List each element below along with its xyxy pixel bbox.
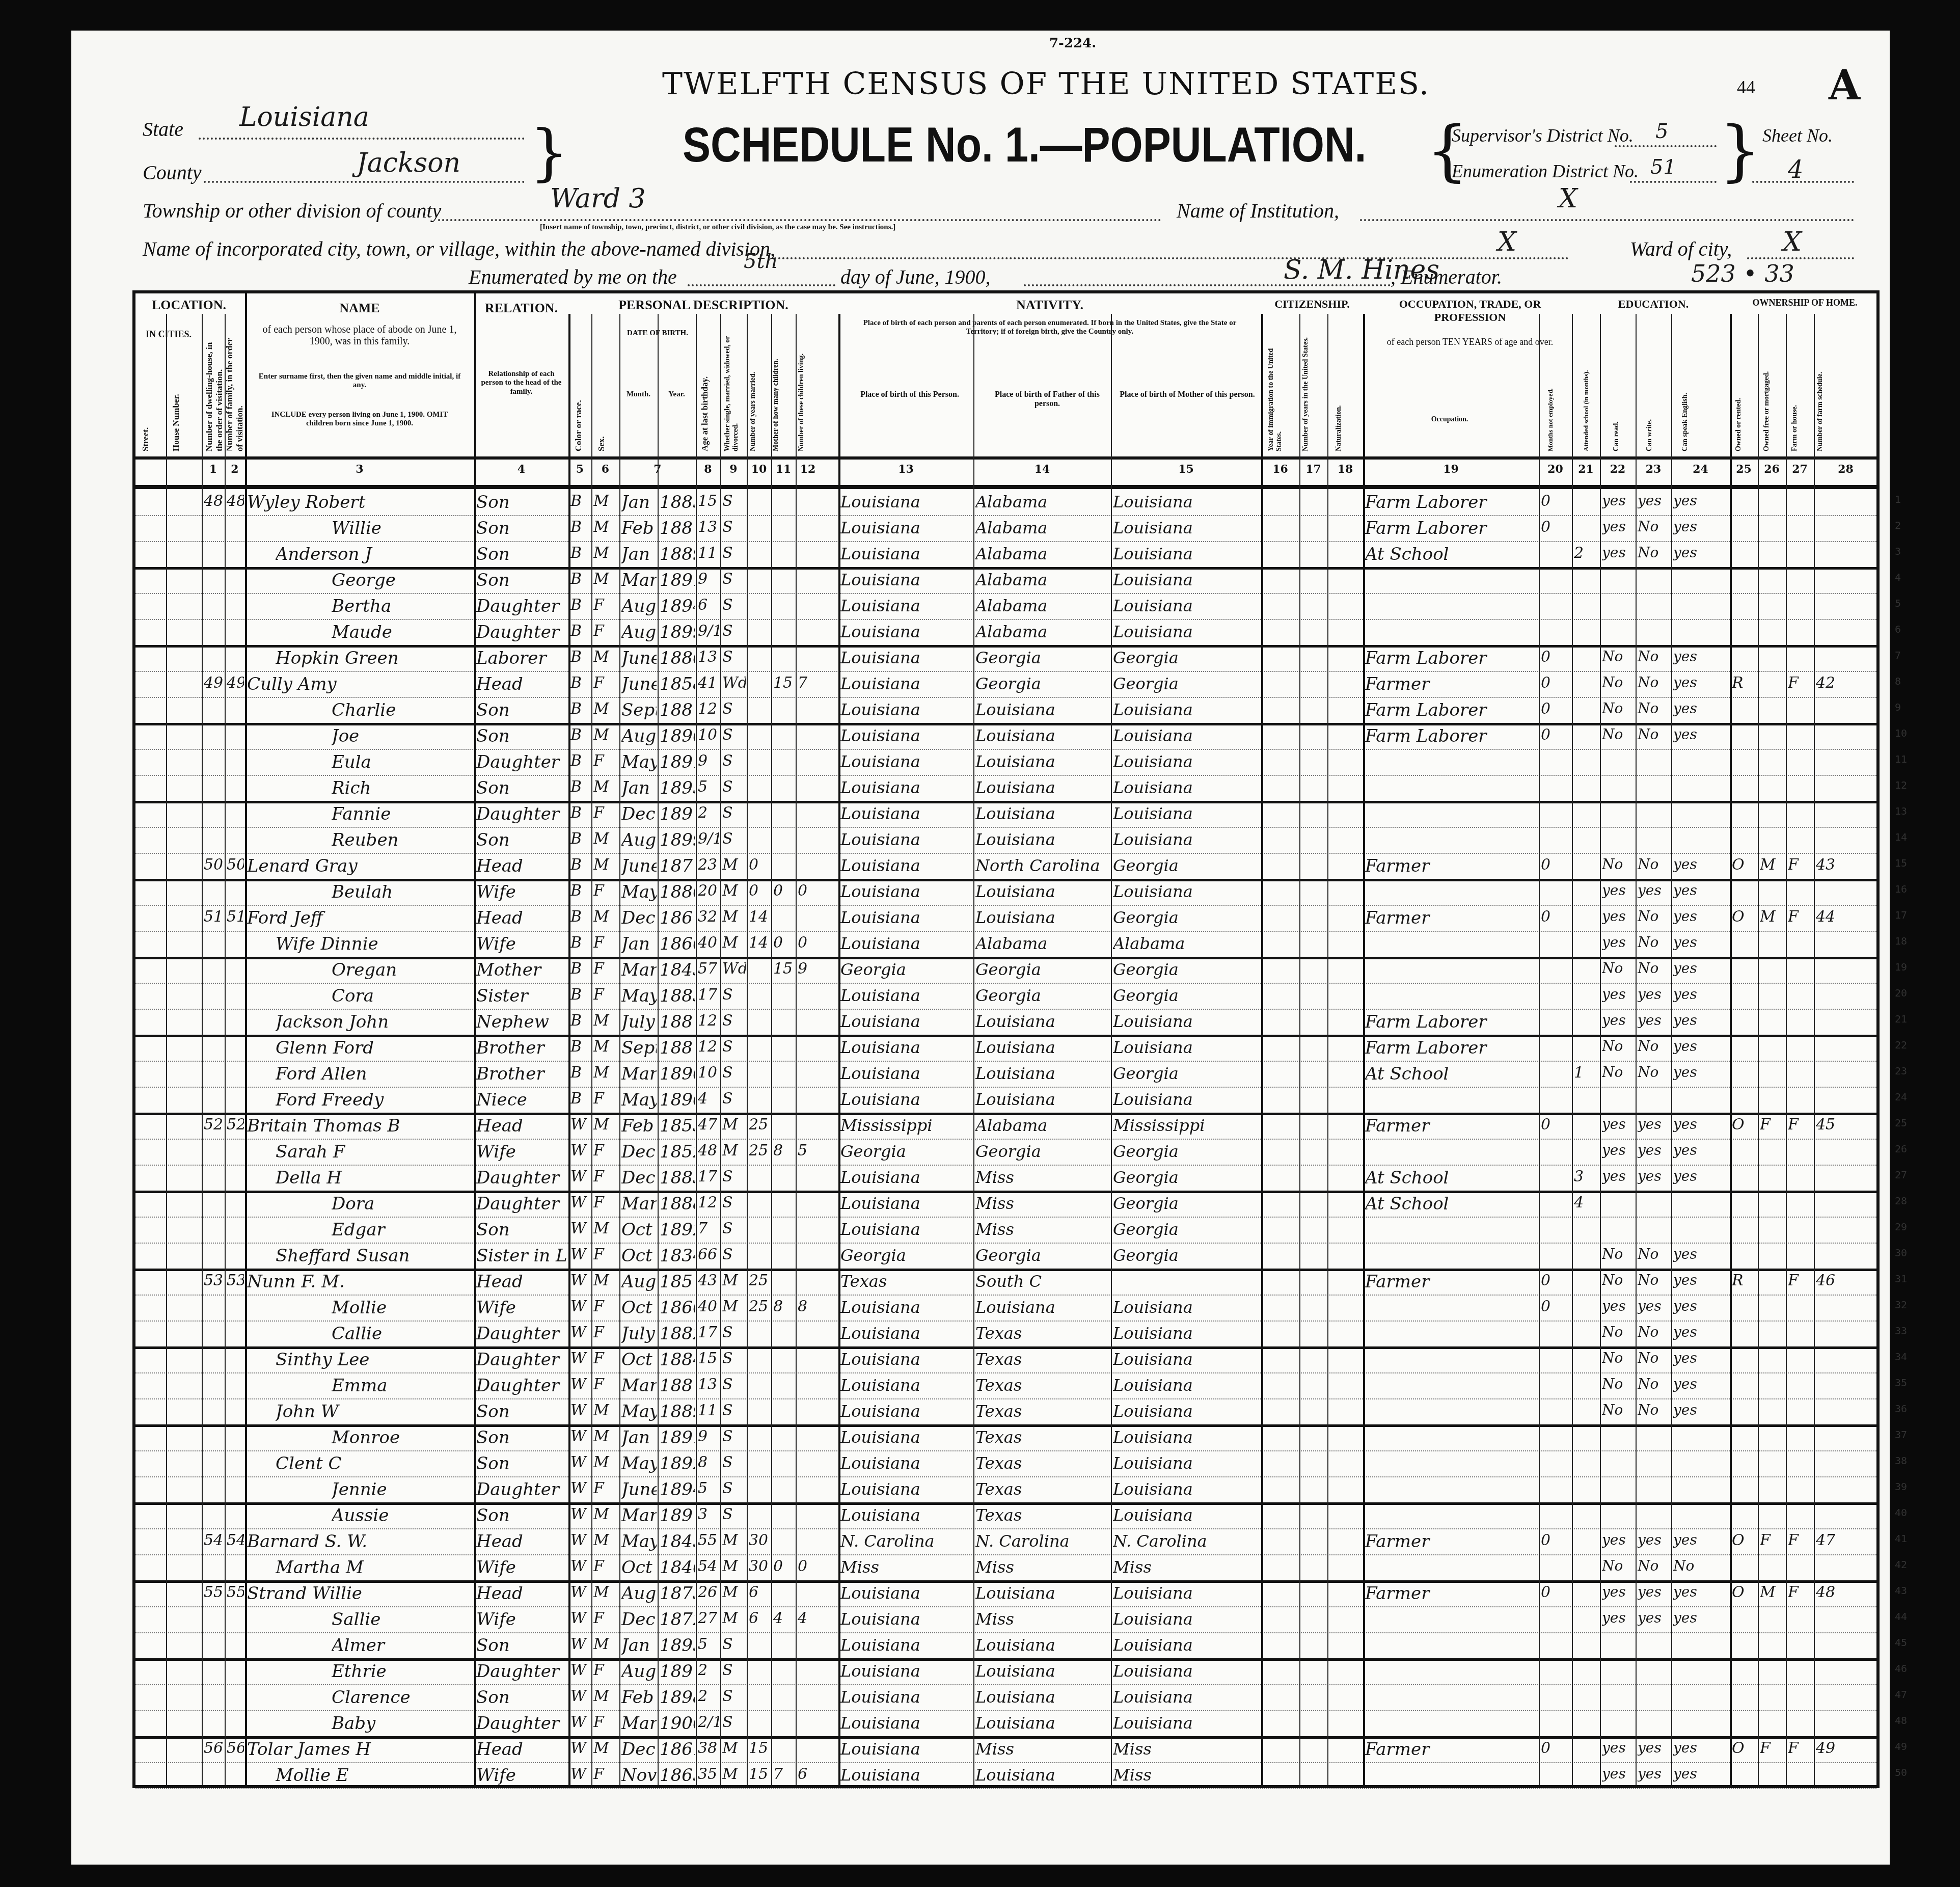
cell-month: Mar — [621, 1713, 657, 1734]
cell-rel: Son — [476, 830, 567, 850]
table-row: Clent CSonWMMay18928SLouisianaTexasLouis… — [135, 1450, 1876, 1477]
cell-pob: Louisiana — [840, 1012, 972, 1031]
cell-sex: F — [593, 1350, 618, 1367]
column-rule — [1758, 314, 1759, 1785]
cell-pobm: Georgia — [1113, 856, 1260, 875]
cell-fam: 53 — [227, 1272, 244, 1289]
cell-age: 2 — [698, 1687, 719, 1705]
column-number: 17 — [1299, 463, 1327, 476]
township-note: [Insert name of township, town, precinct… — [540, 223, 895, 232]
cell-write: No — [1638, 856, 1670, 873]
header-occupation-desc: of each person TEN YEARS of age and over… — [1373, 337, 1567, 347]
cell-read: No — [1602, 700, 1635, 717]
cell-year: 1860 — [660, 934, 695, 954]
cell-year: 1858 — [660, 674, 695, 694]
cell-age: 35 — [698, 1765, 719, 1783]
cell-year: 1834 — [660, 1246, 695, 1266]
cell-pobf: Louisiana — [975, 1635, 1110, 1655]
cell-sex: F — [593, 934, 618, 952]
cell-pobm: Louisiana — [1113, 622, 1260, 641]
cell-unemp: 0 — [1541, 726, 1571, 744]
column-rule — [474, 293, 476, 1785]
cell-month: Mar — [621, 570, 657, 590]
table-row: 5151Ford JeffHeadBMDec186732M14Louisiana… — [135, 905, 1876, 932]
cell-year: 1888 — [660, 1194, 695, 1214]
cell-age: 10 — [698, 726, 719, 744]
cell-name: Joe — [332, 726, 473, 746]
cell-occ: Farm Laborer — [1365, 1012, 1538, 1032]
cell-fam: 50 — [227, 856, 244, 874]
cell-sex: M — [593, 1038, 618, 1056]
cell-mar: S — [722, 1401, 746, 1419]
cell-occ: Farmer — [1365, 1116, 1538, 1136]
cell-pobm: N. Carolina — [1113, 1531, 1260, 1551]
cell-cl: 8 — [798, 1298, 819, 1315]
cell-eng: yes — [1673, 1376, 1729, 1392]
cell-mar: S — [722, 1090, 746, 1108]
cell-month: Aug — [621, 622, 657, 642]
cell-name: George — [332, 570, 473, 590]
cell-occ: At School — [1365, 1194, 1538, 1214]
cell-year: 1883 — [660, 1168, 695, 1188]
cell-read: No — [1602, 1401, 1635, 1418]
cell-sch: 2 — [1574, 544, 1599, 562]
cell-sex: M — [593, 700, 618, 718]
cell-sex: F — [593, 1479, 618, 1497]
cell-cl: 6 — [798, 1765, 819, 1783]
cell-pob: Louisiana — [840, 1687, 972, 1707]
cell-eng: yes — [1673, 674, 1729, 691]
cell-mar: M — [722, 1298, 746, 1315]
cell-year: 1889 — [660, 1401, 695, 1422]
cell-eng: No — [1673, 1557, 1729, 1574]
cell-rel: Son — [476, 778, 567, 798]
column-rule — [1730, 314, 1732, 1785]
cell-occ: Farmer — [1365, 908, 1538, 928]
cell-month: June — [621, 648, 657, 668]
cell-pobf: Georgia — [975, 1142, 1110, 1161]
cell-pob: Louisiana — [840, 1194, 972, 1213]
cell-mar: S — [722, 752, 746, 770]
line-number: 33 — [1895, 1325, 1907, 1337]
cell-sex: M — [593, 1453, 618, 1471]
cell-sex: F — [593, 882, 618, 900]
cell-write: yes — [1638, 882, 1670, 899]
cell-own: O — [1732, 856, 1757, 874]
cell-color: B — [570, 674, 590, 692]
cell-write: No — [1638, 726, 1670, 743]
cell-rel: Son — [476, 518, 567, 538]
header-children-living: Number of these children living. — [798, 329, 818, 451]
cell-pobm: Louisiana — [1113, 1609, 1260, 1629]
cell-pobm: Georgia — [1113, 1142, 1260, 1161]
cell-month: Feb — [621, 518, 657, 538]
cell-year: 1891 — [660, 752, 695, 772]
cell-write: No — [1638, 1064, 1670, 1081]
cell-month: Oct — [621, 1246, 657, 1266]
cell-year: 1877 — [660, 856, 695, 876]
cell-name: Rich — [332, 778, 473, 798]
cell-write: No — [1638, 1324, 1670, 1340]
cell-pob: Louisiana — [840, 648, 972, 667]
cell-month: Dec — [621, 1609, 657, 1630]
cell-year: 1887 — [660, 518, 695, 538]
cell-write: No — [1638, 700, 1670, 717]
cell-mar: S — [722, 1168, 746, 1185]
cell-month: Jan — [621, 1427, 657, 1448]
header-mother-of: Mother of how many children. — [772, 329, 793, 451]
cell-sex: M — [593, 544, 618, 562]
cell-age: 26 — [698, 1583, 719, 1601]
cell-mar: S — [722, 518, 746, 536]
cell-month: Feb — [621, 1116, 657, 1136]
cell-pobf: Texas — [975, 1479, 1110, 1499]
cell-month: Jan — [621, 1635, 657, 1656]
cell-pobm: Georgia — [1113, 908, 1260, 927]
cell-pobf: Louisiana — [975, 830, 1110, 849]
cell-sex: M — [593, 908, 618, 926]
table-row: MaudeDaughterBFAug18999/12SLouisianaAlab… — [135, 619, 1876, 648]
cell-pob: Louisiana — [840, 492, 972, 511]
cell-age: 40 — [698, 934, 719, 952]
header-free-mortgaged: Owned free or mortgaged. — [1763, 329, 1771, 451]
line-number: 31 — [1895, 1273, 1907, 1285]
cell-year: 1894 — [660, 596, 695, 616]
cell-sex: F — [593, 1324, 618, 1341]
cell-year: 1867 — [660, 908, 695, 928]
cell-pob: Louisiana — [840, 986, 972, 1005]
cell-mar: S — [722, 544, 746, 562]
cell-name: Hopkin Green — [276, 648, 473, 668]
table-row: Sinthy LeeDaughterWFOct188415SLouisianaT… — [135, 1346, 1876, 1373]
line-number: 2 — [1895, 519, 1901, 531]
cell-year: 1895 — [660, 778, 695, 798]
cell-pobf: N. Carolina — [975, 1531, 1110, 1551]
cell-year: 1897 — [660, 1505, 695, 1526]
cell-write: No — [1638, 934, 1670, 951]
cell-rel: Head — [476, 1116, 567, 1136]
cell-pobm: Louisiana — [1113, 1583, 1260, 1603]
cell-rel: Sister in Law — [476, 1246, 567, 1266]
cell-year: 1873 — [660, 1583, 695, 1604]
cell-dw: 54 — [204, 1531, 224, 1549]
cell-fh: F — [1788, 1116, 1813, 1134]
cell-pobm: Georgia — [1113, 1064, 1260, 1083]
cell-pobm: Louisiana — [1113, 1090, 1260, 1109]
table-row: Hopkin GreenLaborerBMJune188613SLouisian… — [135, 645, 1876, 672]
cell-name: Anderson J — [276, 544, 473, 564]
cell-fm: M — [1760, 908, 1785, 926]
cell-ym: 25 — [749, 1142, 770, 1160]
line-number: 29 — [1895, 1221, 1907, 1233]
column-number-row: 1234567891011121314151617181920212223242… — [135, 456, 1876, 489]
city-value: X — [1498, 227, 1516, 257]
cell-fam: 56 — [227, 1739, 244, 1757]
cell-age: 4 — [698, 1090, 719, 1108]
cell-year: 1895 — [660, 1635, 695, 1656]
column-number: 19 — [1363, 463, 1539, 476]
table-row: JoeSonBMAug189010SLouisianaLouisianaLoui… — [135, 723, 1876, 750]
table-row: BabyDaughterWFMar19002/12SLouisianaLouis… — [135, 1710, 1876, 1739]
cell-pobm: Louisiana — [1113, 830, 1260, 849]
cell-pob: Louisiana — [840, 752, 972, 771]
header-occupation: OCCUPATION, TRADE, OR PROFESSION — [1363, 298, 1577, 324]
cell-sex: F — [593, 1142, 618, 1160]
cell-pob: Louisiana — [840, 882, 972, 901]
cell-rel: Daughter — [476, 1168, 567, 1188]
cell-pob: Louisiana — [840, 1661, 972, 1681]
cell-pob: Louisiana — [840, 1713, 972, 1733]
cell-age: 5 — [698, 1479, 719, 1497]
cell-own: O — [1732, 1531, 1757, 1549]
cell-pobm: Georgia — [1113, 986, 1260, 1005]
cell-month: Dec — [621, 804, 657, 824]
cell-rel: Son — [476, 700, 567, 720]
cell-eng: yes — [1673, 1583, 1729, 1600]
cell-fs: 48 — [1816, 1583, 1876, 1601]
cell-rel: Daughter — [476, 1324, 567, 1344]
cell-rel: Wife — [476, 1765, 567, 1786]
cell-age: 5 — [698, 1635, 719, 1653]
cell-mc: 0 — [773, 934, 795, 952]
column-number: 10 — [747, 463, 771, 476]
cell-pob: Louisiana — [840, 1401, 972, 1421]
enumerated-suffix: day of June, 1900, — [840, 265, 990, 289]
cell-year: 1889 — [660, 544, 695, 564]
line-number: 28 — [1895, 1195, 1907, 1207]
cell-eng: yes — [1673, 1401, 1729, 1418]
column-rule — [720, 314, 721, 1785]
cell-pobm: Louisiana — [1113, 1713, 1260, 1733]
cell-age: 9 — [698, 570, 719, 588]
column-number: 22 — [1600, 463, 1636, 476]
header-marital: Whether single, married, widowed, or div… — [724, 329, 744, 451]
cell-sex: M — [593, 1116, 618, 1134]
cell-color: B — [570, 596, 590, 614]
cell-mc: 8 — [773, 1142, 795, 1160]
cell-occ: Farm Laborer — [1365, 518, 1538, 538]
column-number: 3 — [245, 463, 474, 476]
cell-pobm: Louisiana — [1113, 752, 1260, 771]
cell-mc: 0 — [773, 882, 795, 900]
cell-pobf: Louisiana — [975, 1583, 1110, 1603]
state-line — [199, 138, 525, 140]
column-number: 18 — [1327, 463, 1363, 476]
cell-rel: Wife — [476, 1557, 567, 1578]
cell-age: 57 — [698, 960, 719, 978]
column-number: 16 — [1261, 463, 1299, 476]
cell-color: W — [570, 1376, 590, 1393]
line-number: 14 — [1895, 831, 1907, 843]
cell-sex: F — [593, 1765, 618, 1783]
cell-write: No — [1638, 544, 1670, 561]
column-rule — [973, 314, 974, 1785]
cell-sex: M — [593, 830, 618, 848]
cell-eng: yes — [1673, 544, 1729, 561]
cell-age: 12 — [698, 1194, 719, 1211]
cell-rel: Niece — [476, 1090, 567, 1110]
cell-age: 2 — [698, 1661, 719, 1679]
line-number: 45 — [1895, 1636, 1907, 1649]
cell-year: 1890 — [660, 726, 695, 746]
cell-sex: M — [593, 570, 618, 588]
cell-month: Mar — [621, 1194, 657, 1214]
cell-pobf: Louisiana — [975, 1687, 1110, 1707]
cell-read: yes — [1602, 1298, 1635, 1314]
cell-color: W — [570, 1609, 590, 1627]
column-number: 25 — [1730, 463, 1758, 476]
cell-age: 11 — [698, 544, 719, 562]
cell-color: B — [570, 1038, 590, 1056]
cell-write: No — [1638, 648, 1670, 665]
cell-year: 1891 — [660, 1427, 695, 1448]
township-line — [438, 219, 1161, 221]
cell-pob: Louisiana — [840, 934, 972, 953]
cell-sex: F — [593, 622, 618, 640]
cell-sch: 4 — [1574, 1194, 1599, 1211]
cell-read: yes — [1602, 1765, 1635, 1782]
cell-name: Callie — [332, 1324, 473, 1344]
cell-rel: Head — [476, 908, 567, 928]
cell-eng: yes — [1673, 1609, 1729, 1626]
cell-pob: Louisiana — [840, 726, 972, 745]
cell-pobf: Texas — [975, 1324, 1110, 1343]
column-number: 6 — [591, 463, 619, 476]
line-number: 40 — [1895, 1506, 1907, 1519]
cell-unemp: 0 — [1541, 492, 1571, 510]
cell-month: Aug — [621, 1272, 657, 1292]
cell-read: No — [1602, 1350, 1635, 1366]
cell-color: B — [570, 700, 590, 718]
enumeration-district-line — [1630, 181, 1717, 183]
cell-age: 9/12 — [698, 830, 719, 848]
table-row: CoraSisterBFMay188317SLouisianaGeorgiaGe… — [135, 983, 1876, 1010]
page-mark: 44 — [1737, 76, 1755, 98]
cell-sex: F — [593, 986, 618, 1004]
cell-pob: Louisiana — [840, 674, 972, 693]
cell-year: 1885 — [660, 492, 695, 513]
cell-sex: M — [593, 1064, 618, 1082]
header-nativity: NATIVITY. — [838, 298, 1261, 313]
cell-pobf: Louisiana — [975, 1064, 1110, 1083]
cell-pob: Louisiana — [840, 1298, 972, 1317]
cell-pobm: Louisiana — [1113, 596, 1260, 615]
cell-pob: Georgia — [840, 960, 972, 979]
cell-write: yes — [1638, 1142, 1670, 1158]
cell-rel: Head — [476, 674, 567, 694]
table-row: EdgarSonWMOct18927SLouisianaMissGeorgia — [135, 1217, 1876, 1244]
cell-name: Martha M — [276, 1557, 473, 1578]
cell-sex: F — [593, 1661, 618, 1679]
cell-color: B — [570, 492, 590, 510]
cell-mar: S — [722, 596, 746, 614]
cell-unemp: 0 — [1541, 674, 1571, 692]
cell-age: 2 — [698, 804, 719, 822]
column-rule — [1363, 314, 1365, 1785]
cell-fs: 46 — [1816, 1272, 1876, 1289]
cell-mar: M — [722, 1583, 746, 1601]
cell-month: Aug — [621, 726, 657, 746]
line-number: 22 — [1895, 1039, 1907, 1051]
column-number: 2 — [225, 463, 245, 476]
cell-year: 1887 — [660, 1376, 695, 1396]
cell-sex: M — [593, 648, 618, 666]
cell-year: 1897 — [660, 1661, 695, 1682]
form-number: 7-224. — [1049, 36, 1096, 51]
cell-month: Oct — [621, 1220, 657, 1240]
cell-write: No — [1638, 1350, 1670, 1366]
cell-age: 27 — [698, 1609, 719, 1627]
line-number: 50 — [1895, 1766, 1907, 1778]
cell-month: June — [621, 674, 657, 694]
cell-write: No — [1638, 1246, 1670, 1262]
cell-rel: Head — [476, 1272, 567, 1292]
cell-pobf: Louisiana — [975, 1012, 1110, 1031]
line-number: 13 — [1895, 805, 1907, 817]
cell-dw: 51 — [204, 908, 224, 926]
cell-write: yes — [1638, 492, 1670, 509]
table-row: ClarenceSonWMFeb18982SLouisianaLouisiana… — [135, 1684, 1876, 1711]
cell-pobf: Miss — [975, 1168, 1110, 1187]
cell-fam: 54 — [227, 1531, 244, 1549]
cell-pobm: Louisiana — [1113, 882, 1260, 901]
brace-close: } — [1719, 117, 1761, 183]
table-row: Anderson JSonBMJan188911SLouisianaAlabam… — [135, 541, 1876, 570]
cell-name: Glenn Ford — [276, 1038, 473, 1058]
cell-sex: M — [593, 726, 618, 744]
cell-name: Dora — [332, 1194, 473, 1214]
cell-cl: 5 — [798, 1142, 819, 1160]
table-row: FannieDaughterBFDec18972SLouisianaLouisi… — [135, 801, 1876, 828]
table-row: ReubenSonBMAug18999/12SLouisianaLouisian… — [135, 827, 1876, 854]
line-number: 9 — [1895, 701, 1901, 713]
cell-rel: Brother — [476, 1038, 567, 1058]
column-rule — [568, 314, 570, 1785]
cell-month: May — [621, 1453, 657, 1474]
line-number: 41 — [1895, 1532, 1907, 1545]
cell-mar: S — [722, 1713, 746, 1731]
cell-pobf: Miss — [975, 1609, 1110, 1629]
line-number: 5 — [1895, 597, 1901, 609]
header-attended-school: Attended school (in months). — [1582, 329, 1602, 451]
cell-read: yes — [1602, 1142, 1635, 1158]
cell-name: Eula — [332, 752, 473, 772]
cell-eng: yes — [1673, 1142, 1729, 1158]
cell-read: No — [1602, 674, 1635, 691]
cell-pobf: Alabama — [975, 934, 1110, 953]
cell-eng: yes — [1673, 1116, 1729, 1133]
cell-pob: N. Carolina — [840, 1531, 972, 1551]
cell-pobm: Louisiana — [1113, 1298, 1260, 1317]
header-pob-father: Place of birth of Father of this person. — [981, 390, 1113, 409]
cell-ym: 0 — [749, 882, 770, 900]
cell-pobm: Georgia — [1113, 1194, 1260, 1213]
column-number: 20 — [1539, 463, 1572, 476]
cell-dw: 52 — [204, 1116, 224, 1134]
cell-sex: F — [593, 1168, 618, 1185]
institution-value: X — [1559, 183, 1577, 214]
cell-pobf: Louisiana — [975, 726, 1110, 745]
cell-color: B — [570, 856, 590, 874]
cell-month: July — [621, 1012, 657, 1032]
cell-mar: S — [722, 1324, 746, 1341]
cell-unemp: 0 — [1541, 518, 1571, 536]
cell-unemp: 0 — [1541, 648, 1571, 666]
cell-month: Jan — [621, 934, 657, 954]
cell-pobm: Louisiana — [1113, 1661, 1260, 1681]
header-farm-schedule: Number of farm schedule. — [1816, 329, 1825, 451]
cell-age: 11 — [698, 1401, 719, 1419]
